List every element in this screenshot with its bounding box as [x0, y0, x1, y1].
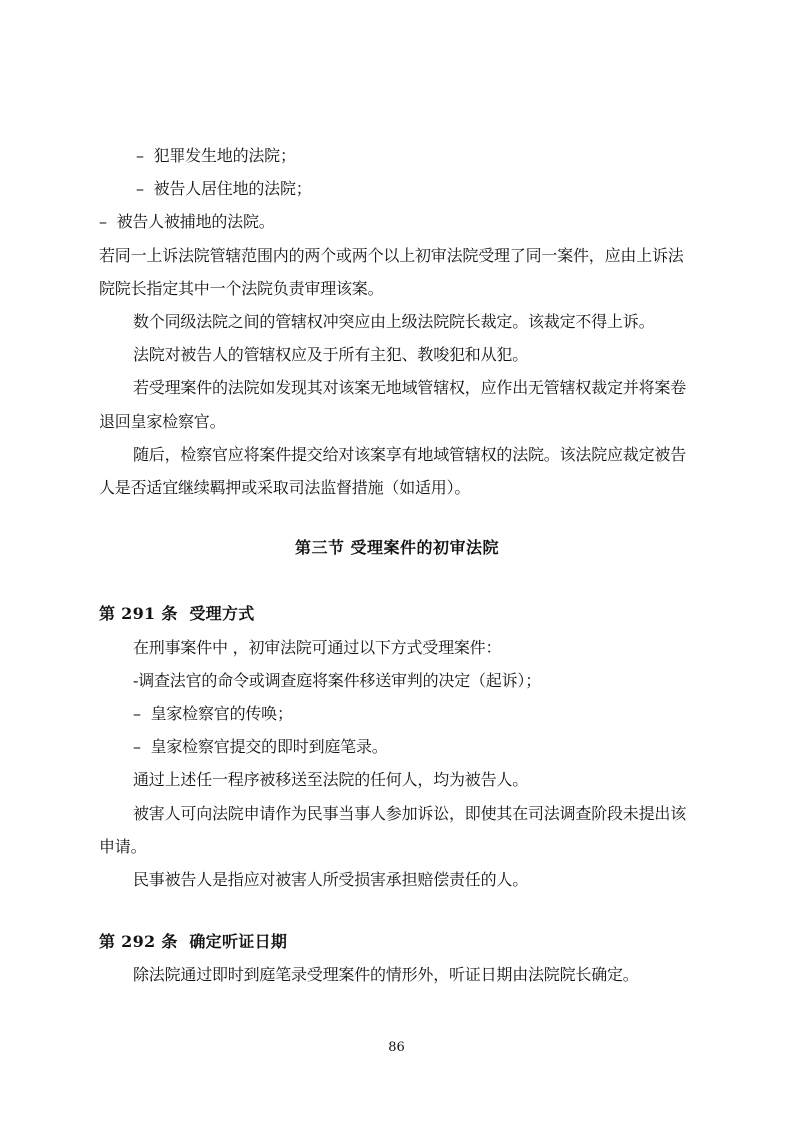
- list-line-summons: – 皇家检察官的传唤；: [99, 697, 695, 730]
- list-line-indictment: -调查法官的命令或调查庭将案件移送审判的决定（起诉）；: [99, 664, 695, 697]
- paragraph-line: 被害人可向法院申请作为民事当事人参加诉讼，即使其在司法调查阶段未提出该: [99, 797, 695, 830]
- document-page: – 犯罪发生地的法院； – 被告人居住地的法院； – 被告人被捕地的法院。 若同…: [0, 0, 793, 1122]
- paragraph-line: 数个同级法院之间的管辖权冲突应由上级法院院长裁定。该裁定不得上诉。: [99, 305, 695, 338]
- section-heading: 第三节 受理案件的初审法院: [99, 531, 695, 564]
- list-line-immediate-appearance: – 皇家检察官提交的即时到庭笔录。: [99, 730, 695, 763]
- paragraph-line: 在刑事案件中 ，初审法院可通过以下方式受理案件：: [99, 631, 695, 664]
- page-content: – 犯罪发生地的法院； – 被告人居住地的法院； – 被告人被捕地的法院。 若同…: [0, 0, 793, 992]
- paragraph-line: 退回皇家检察官。: [99, 405, 695, 438]
- bullet-line-arrest-location: – 被告人被捕地的法院。: [99, 205, 695, 238]
- paragraph-line: 人是否适宜继续羁押或采取司法监督措施（如适用）。: [99, 471, 695, 504]
- paragraph-line: 院院长指定其中一个法院负责审理该案。: [99, 272, 695, 305]
- page-number: 86: [0, 1039, 793, 1057]
- paragraph-line: 随后，检察官应将案件提交给对该案享有地域管辖权的法院。该法院应裁定被告: [99, 438, 695, 471]
- paragraph-line: 通过上述任一程序被移送至法院的任何人，均为被告人。: [99, 763, 695, 796]
- paragraph-line: 法院对被告人的管辖权应及于所有主犯、教唆犯和从犯。: [99, 338, 695, 371]
- paragraph-line: 若受理案件的法院如发现其对该案无地域管辖权，应作出无管辖权裁定并将案卷: [99, 371, 695, 404]
- article-292-heading: 第 292 条 确定听证日期: [99, 925, 695, 958]
- paragraph-line: 民事被告人是指应对被害人所受损害承担赔偿责任的人。: [99, 863, 695, 896]
- article-291-heading: 第 291 条 受理方式: [99, 597, 695, 630]
- bullet-line-residence: – 被告人居住地的法院；: [99, 172, 695, 205]
- bullet-line-crime-location: – 犯罪发生地的法院；: [99, 139, 695, 172]
- paragraph-line: 除法院通过即时到庭笔录受理案件的情形外，听证日期由法院院长确定。: [99, 958, 695, 991]
- paragraph-line: 若同一上诉法院管辖范围内的两个或两个以上初审法院受理了同一案件，应由上诉法: [99, 239, 695, 272]
- paragraph-line: 申请。: [99, 830, 695, 863]
